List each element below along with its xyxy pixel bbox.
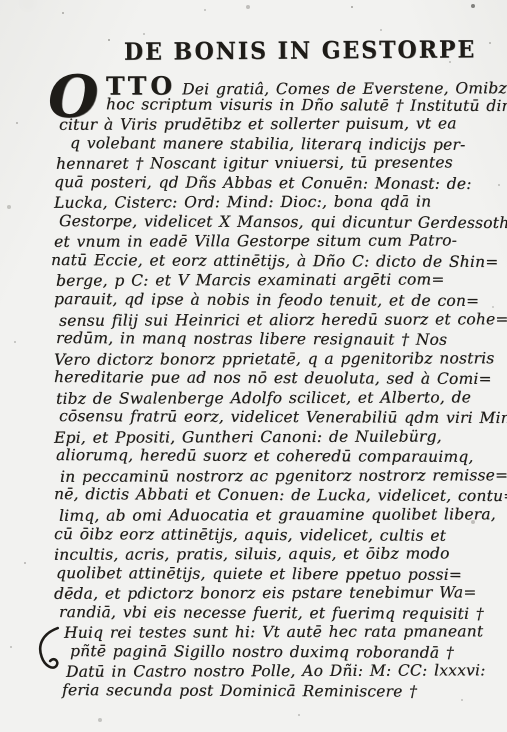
manuscript-line: et vnum in eadē Villa Gestorpe situm cum… bbox=[54, 232, 502, 253]
manuscript-scan-page: DE BONIS IN GESTORPE OTTODei gratiâ, Com… bbox=[0, 0, 507, 732]
manuscript-line: Datū in Castro nostro Polle, Ao Dñi: M: … bbox=[66, 662, 502, 683]
manuscript-line: Gestorpe, videlicet X Mansos, qui dicunt… bbox=[59, 212, 502, 233]
document-title: DE BONIS IN GESTORPE bbox=[124, 36, 476, 67]
manuscript-line: randiā, vbi eis necesse fuerit, et fueri… bbox=[59, 603, 502, 624]
manuscript-line: Epi, et Ppositi, Guntheri Canoni: de Nui… bbox=[54, 427, 502, 448]
manuscript-line: dēda, et pdictorz bonorz eis pstare tene… bbox=[54, 583, 502, 604]
manuscript-line: citur à Viris prudētibz et sollerter pui… bbox=[59, 114, 502, 135]
manuscript-line: cōsensu fratrū eorz, videlicet Venerabil… bbox=[59, 407, 502, 428]
manuscript-line: feria secunda post Dominicā Reminiscere … bbox=[62, 681, 502, 702]
manuscript-line: q volebant manere stabilia, literarq ind… bbox=[70, 134, 502, 155]
manuscript-line: in peccaminū nostrorz ac pgenitorz nostr… bbox=[60, 466, 502, 487]
manuscript-line: OTTODei gratiâ, Comes de Everstene, Omib… bbox=[54, 75, 502, 96]
manuscript-line: hereditarie pue ad nos nō est deuoluta, … bbox=[54, 368, 502, 390]
manuscript-line: hennaret † Noscant igitur vniuersi, tū p… bbox=[56, 153, 502, 174]
manuscript-line: quā posteri, qd Dñs Abbas et Conuēn: Mon… bbox=[54, 173, 502, 195]
manuscript-line: Huiq rei testes sunt hi: Vt autē hec rat… bbox=[64, 623, 502, 644]
manuscript-line: hoc scriptum visuris in Dño salutē † Ins… bbox=[56, 95, 502, 116]
manuscript-line: pñtē paginā Sigillo nostro duximq robora… bbox=[70, 642, 502, 663]
manuscript-line: quolibet attinētijs, quiete et libere pp… bbox=[56, 564, 502, 585]
manuscript-line: Lucka, Cisterc: Ord: Mind: Dioc:, bona q… bbox=[54, 192, 502, 213]
paper-noise bbox=[0, 0, 2, 2]
manuscript-line: berge, p C: et V Marcis examinati argēti… bbox=[56, 271, 502, 292]
manuscript-line: redūm, in manq nostras libere resignauit… bbox=[56, 329, 502, 350]
manuscript-line: nē, dictis Abbati et Conuen: de Lucka, v… bbox=[54, 486, 502, 508]
manuscript-line: Vero dictorz bonorz pprietatē, q a pgeni… bbox=[54, 349, 502, 370]
manuscript-line: sensu filij sui Heinrici et aliorz hered… bbox=[59, 310, 502, 331]
manuscript-line: incultis, acris, pratis, siluis, aquis, … bbox=[54, 544, 502, 565]
manuscript-body: OTTODei gratiâ, Comes de Everstene, Omib… bbox=[54, 76, 502, 702]
manuscript-line: cū ōibz eorz attinētijs, aquis, videlice… bbox=[54, 525, 502, 547]
manuscript-line: natū Eccie, et eorz attinētijs, à Dño C:… bbox=[51, 251, 502, 273]
manuscript-line: parauit, qd ipse à nobis in feodo tenuit… bbox=[54, 290, 502, 312]
manuscript-line: limq, ab omi Aduocatia et grauamine quol… bbox=[59, 505, 502, 526]
manuscript-line: aliorumq, heredū suorz et coheredū compa… bbox=[56, 446, 502, 467]
manuscript-line: tibz de Swalenberge Adolfo scilicet, et … bbox=[56, 388, 502, 409]
